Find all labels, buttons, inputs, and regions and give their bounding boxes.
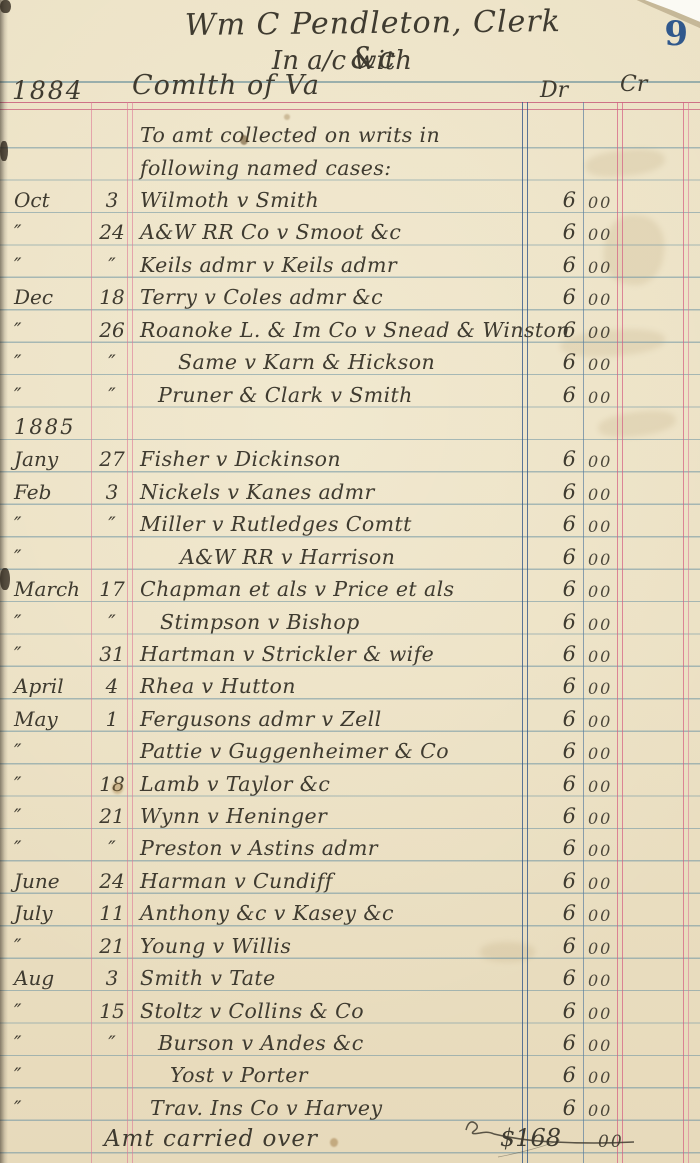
ledger-row: following named cases: bbox=[0, 151, 700, 181]
case-description: Yost v Porter bbox=[170, 1063, 560, 1087]
case-description: Same v Karn & Hickson bbox=[178, 350, 568, 374]
day-cell: 4 bbox=[92, 674, 132, 698]
amount-cents: 00 bbox=[588, 939, 622, 958]
amount-dollars: 6 bbox=[538, 350, 576, 374]
ledger-row: June24Harman v Cundiff600 bbox=[0, 864, 700, 894]
day-cell: 1 bbox=[92, 707, 132, 731]
ledger-row: ″″Pruner & Clark v Smith600 bbox=[0, 378, 700, 408]
amount-dollars: 6 bbox=[538, 1063, 576, 1087]
amount-dollars: 6 bbox=[538, 285, 576, 309]
case-description: A&W RR v Harrison bbox=[180, 545, 570, 569]
month-cell: July bbox=[14, 901, 94, 925]
amount-cents: 00 bbox=[588, 550, 622, 569]
header-red-double-rule bbox=[0, 102, 700, 110]
day-cell: 27 bbox=[92, 447, 132, 471]
amount-cents: 00 bbox=[588, 485, 622, 504]
amount-dollars: 6 bbox=[538, 901, 576, 925]
case-description: Pattie v Guggenheimer & Co bbox=[140, 739, 530, 763]
month-cell: ″ bbox=[14, 318, 94, 342]
month-cell: ″ bbox=[14, 1096, 94, 1120]
amount-cents: 00 bbox=[588, 452, 622, 471]
amount-dollars: 6 bbox=[538, 220, 576, 244]
month-cell: ″ bbox=[14, 642, 94, 666]
case-description: Smith v Tate bbox=[140, 966, 530, 990]
ledger-row: Aug3Smith v Tate600 bbox=[0, 961, 700, 991]
month-cell: ″ bbox=[14, 512, 94, 536]
month-cell: ″ bbox=[14, 772, 94, 796]
account-name: Comlth of Va bbox=[132, 70, 320, 101]
month-cell: ″ bbox=[14, 253, 94, 277]
case-description: Nickels v Kanes admr bbox=[140, 480, 530, 504]
month-cell: ″ bbox=[14, 934, 94, 958]
year-row: 1885 bbox=[0, 410, 700, 440]
ledger-row: Oct3Wilmoth v Smith600 bbox=[0, 183, 700, 213]
amount-cents: 00 bbox=[588, 1036, 622, 1055]
case-description: Pruner & Clark v Smith bbox=[158, 383, 548, 407]
ledger-row: Jany27Fisher v Dickinson600 bbox=[0, 442, 700, 472]
day-cell: 17 bbox=[92, 577, 132, 601]
month-cell: Dec bbox=[14, 285, 94, 309]
case-description: A&W RR Co v Smoot &c bbox=[140, 220, 530, 244]
amount-cents: 00 bbox=[588, 679, 622, 698]
day-cell: 11 bbox=[92, 901, 132, 925]
month-cell: ″ bbox=[14, 804, 94, 828]
amount-cents: 00 bbox=[588, 874, 622, 893]
amount-dollars: 6 bbox=[538, 674, 576, 698]
month-cell: Jany bbox=[14, 447, 94, 471]
amount-cents: 00 bbox=[588, 744, 622, 763]
ledger-row: March17Chapman et als v Price et als600 bbox=[0, 572, 700, 602]
amount-dollars: 6 bbox=[538, 545, 576, 569]
amount-dollars: 6 bbox=[538, 577, 576, 601]
day-cell: 3 bbox=[92, 480, 132, 504]
amount-cents: 00 bbox=[588, 777, 622, 796]
month-cell: ″ bbox=[14, 999, 94, 1023]
amount-cents: 00 bbox=[588, 906, 622, 925]
case-description: Stoltz v Collins & Co bbox=[140, 999, 530, 1023]
amount-dollars: 6 bbox=[538, 480, 576, 504]
month-cell: June bbox=[14, 869, 94, 893]
day-cell: ″ bbox=[92, 836, 132, 860]
case-description: Rhea v Hutton bbox=[140, 674, 530, 698]
case-description: Amt carried over bbox=[104, 1126, 494, 1152]
day-cell: 3 bbox=[92, 966, 132, 990]
day-cell: ″ bbox=[92, 610, 132, 634]
amount-cents: 00 bbox=[588, 355, 622, 374]
month-cell: ″ bbox=[14, 836, 94, 860]
month-cell: ″ bbox=[14, 1063, 94, 1087]
amount-dollars: 6 bbox=[538, 610, 576, 634]
header-rule-line bbox=[0, 81, 700, 83]
debit-column-header: Dr bbox=[540, 78, 568, 103]
ledger-row: To amt collected on writs in bbox=[0, 118, 700, 148]
case-description: Harman v Cundiff bbox=[140, 869, 530, 893]
ledger-row: ″21Young v Willis600 bbox=[0, 929, 700, 959]
amount-dollars: 6 bbox=[538, 966, 576, 990]
month-cell: ″ bbox=[14, 610, 94, 634]
amount-cents: 00 bbox=[588, 582, 622, 601]
amount-dollars: 6 bbox=[538, 512, 576, 536]
amount-dollars: 6 bbox=[538, 707, 576, 731]
ledger-row: July11Anthony &c v Kasey &c600 bbox=[0, 896, 700, 926]
ledger-row: ″18Lamb v Taylor &c600 bbox=[0, 767, 700, 797]
case-description: Stimpson v Bishop bbox=[160, 610, 550, 634]
case-description: Roanoke L. & Im Co v Snead & Winston bbox=[140, 318, 530, 342]
day-cell: 26 bbox=[92, 318, 132, 342]
amount-cents: 00 bbox=[588, 841, 622, 860]
case-description: Burson v Andes &c bbox=[158, 1031, 548, 1055]
amount-dollars: 6 bbox=[538, 383, 576, 407]
amount-dollars: 6 bbox=[538, 447, 576, 471]
case-description: Hartman v Strickler & wife bbox=[140, 642, 530, 666]
ledger-row: ″15Stoltz v Collins & Co600 bbox=[0, 994, 700, 1024]
amount-dollars: 6 bbox=[538, 739, 576, 763]
ledger-row: ″″Burson v Andes &c600 bbox=[0, 1026, 700, 1056]
amount-dollars: 6 bbox=[538, 934, 576, 958]
day-cell: 18 bbox=[92, 285, 132, 309]
case-description: Anthony &c v Kasey &c bbox=[140, 901, 530, 925]
amount-dollars: 6 bbox=[538, 804, 576, 828]
ledger-row: ″″Same v Karn & Hickson600 bbox=[0, 345, 700, 375]
month-cell: Feb bbox=[14, 480, 94, 504]
edge-tear-mark bbox=[0, 141, 8, 161]
ledger-row: ″″Stimpson v Bishop600 bbox=[0, 605, 700, 635]
amount-cents: 00 bbox=[588, 615, 622, 634]
ledger-row: Dec18Terry v Coles admr &c600 bbox=[0, 280, 700, 310]
ledger-page: Wm C Pendleton, Clerk &c In a/c with 9 1… bbox=[0, 0, 700, 1163]
amount-dollars: 6 bbox=[538, 642, 576, 666]
ledger-row: April4Rhea v Hutton600 bbox=[0, 669, 700, 699]
case-description: Lamb v Taylor &c bbox=[140, 772, 530, 796]
total-underline-squiggle bbox=[440, 1108, 640, 1158]
day-cell: ″ bbox=[92, 512, 132, 536]
amount-cents: 00 bbox=[588, 809, 622, 828]
ledger-row: May1Fergusons admr v Zell600 bbox=[0, 702, 700, 732]
month-cell: ″ bbox=[14, 383, 94, 407]
ledger-row: ″Pattie v Guggenheimer & Co600 bbox=[0, 734, 700, 764]
day-cell: ″ bbox=[92, 350, 132, 374]
ledger-row: ″″Keils admr v Keils admr600 bbox=[0, 248, 700, 278]
year-label: 1884 bbox=[12, 76, 84, 105]
amount-dollars: 6 bbox=[538, 999, 576, 1023]
amount-cents: 00 bbox=[588, 1004, 622, 1023]
day-cell: 24 bbox=[92, 869, 132, 893]
day-cell: ″ bbox=[92, 1031, 132, 1055]
day-cell: 15 bbox=[92, 999, 132, 1023]
edge-tear-mark bbox=[0, 568, 10, 590]
amount-cents: 00 bbox=[588, 971, 622, 990]
amount-dollars: 6 bbox=[538, 1031, 576, 1055]
month-cell: March bbox=[14, 577, 94, 601]
day-cell: 31 bbox=[92, 642, 132, 666]
ledger-row: ″Yost v Porter600 bbox=[0, 1058, 700, 1088]
credit-column-header: Cr bbox=[620, 72, 647, 97]
month-cell: ″ bbox=[14, 545, 94, 569]
amount-dollars: 6 bbox=[538, 253, 576, 277]
amount-cents: 00 bbox=[588, 1068, 622, 1087]
month-cell: Aug bbox=[14, 966, 94, 990]
amount-dollars: 6 bbox=[538, 772, 576, 796]
amount-cents: 00 bbox=[588, 258, 622, 277]
amount-cents: 00 bbox=[588, 290, 622, 309]
amount-cents: 00 bbox=[588, 193, 622, 212]
month-cell: ″ bbox=[14, 350, 94, 374]
month-cell: 1885 bbox=[14, 415, 94, 439]
edge-tear-mark bbox=[0, 0, 11, 13]
case-description: Wynn v Heninger bbox=[140, 804, 530, 828]
day-cell: 21 bbox=[92, 804, 132, 828]
amount-dollars: 6 bbox=[538, 318, 576, 342]
month-cell: April bbox=[14, 674, 94, 698]
amount-dollars: 6 bbox=[538, 869, 576, 893]
case-description: Miller v Rutledges Comtt bbox=[140, 512, 530, 536]
day-cell: 18 bbox=[92, 772, 132, 796]
case-description: Keils admr v Keils admr bbox=[140, 253, 530, 277]
ledger-row: Feb3Nickels v Kanes admr600 bbox=[0, 475, 700, 505]
day-cell: ″ bbox=[92, 383, 132, 407]
month-cell: May bbox=[14, 707, 94, 731]
amount-cents: 00 bbox=[588, 225, 622, 244]
ledger-row: ″24A&W RR Co v Smoot &c600 bbox=[0, 215, 700, 245]
case-description: To amt collected on writs in bbox=[140, 123, 530, 147]
day-cell: 21 bbox=[92, 934, 132, 958]
amount-cents: 00 bbox=[588, 517, 622, 536]
case-description: Fergusons admr v Zell bbox=[140, 707, 530, 731]
day-cell: 24 bbox=[92, 220, 132, 244]
amount-cents: 00 bbox=[588, 323, 622, 342]
case-description: Wilmoth v Smith bbox=[140, 188, 530, 212]
amount-cents: 00 bbox=[588, 712, 622, 731]
amount-dollars: 6 bbox=[538, 836, 576, 860]
day-cell: ″ bbox=[92, 253, 132, 277]
case-description: Young v Willis bbox=[140, 934, 530, 958]
month-cell: Oct bbox=[14, 188, 94, 212]
amount-cents: 00 bbox=[588, 647, 622, 666]
ledger-row: ″21Wynn v Heninger600 bbox=[0, 799, 700, 829]
day-cell: 3 bbox=[92, 188, 132, 212]
case-description: Preston v Astins admr bbox=[140, 836, 530, 860]
ledger-row: ″A&W RR v Harrison600 bbox=[0, 540, 700, 570]
month-cell: ″ bbox=[14, 739, 94, 763]
ledger-row: ″″Preston v Astins admr600 bbox=[0, 831, 700, 861]
amount-cents: 00 bbox=[588, 388, 622, 407]
ledger-row: ″26Roanoke L. & Im Co v Snead & Winston6… bbox=[0, 313, 700, 343]
ledger-row: ″31Hartman v Strickler & wife600 bbox=[0, 637, 700, 667]
month-cell: ″ bbox=[14, 220, 94, 244]
ledger-row: ″″Miller v Rutledges Comtt600 bbox=[0, 507, 700, 537]
amount-dollars: 6 bbox=[538, 188, 576, 212]
case-description: Chapman et als v Price et als bbox=[140, 577, 530, 601]
month-cell: ″ bbox=[14, 1031, 94, 1055]
case-description: following named cases: bbox=[140, 156, 530, 180]
case-description: Fisher v Dickinson bbox=[140, 447, 530, 471]
case-description: Terry v Coles admr &c bbox=[140, 285, 530, 309]
